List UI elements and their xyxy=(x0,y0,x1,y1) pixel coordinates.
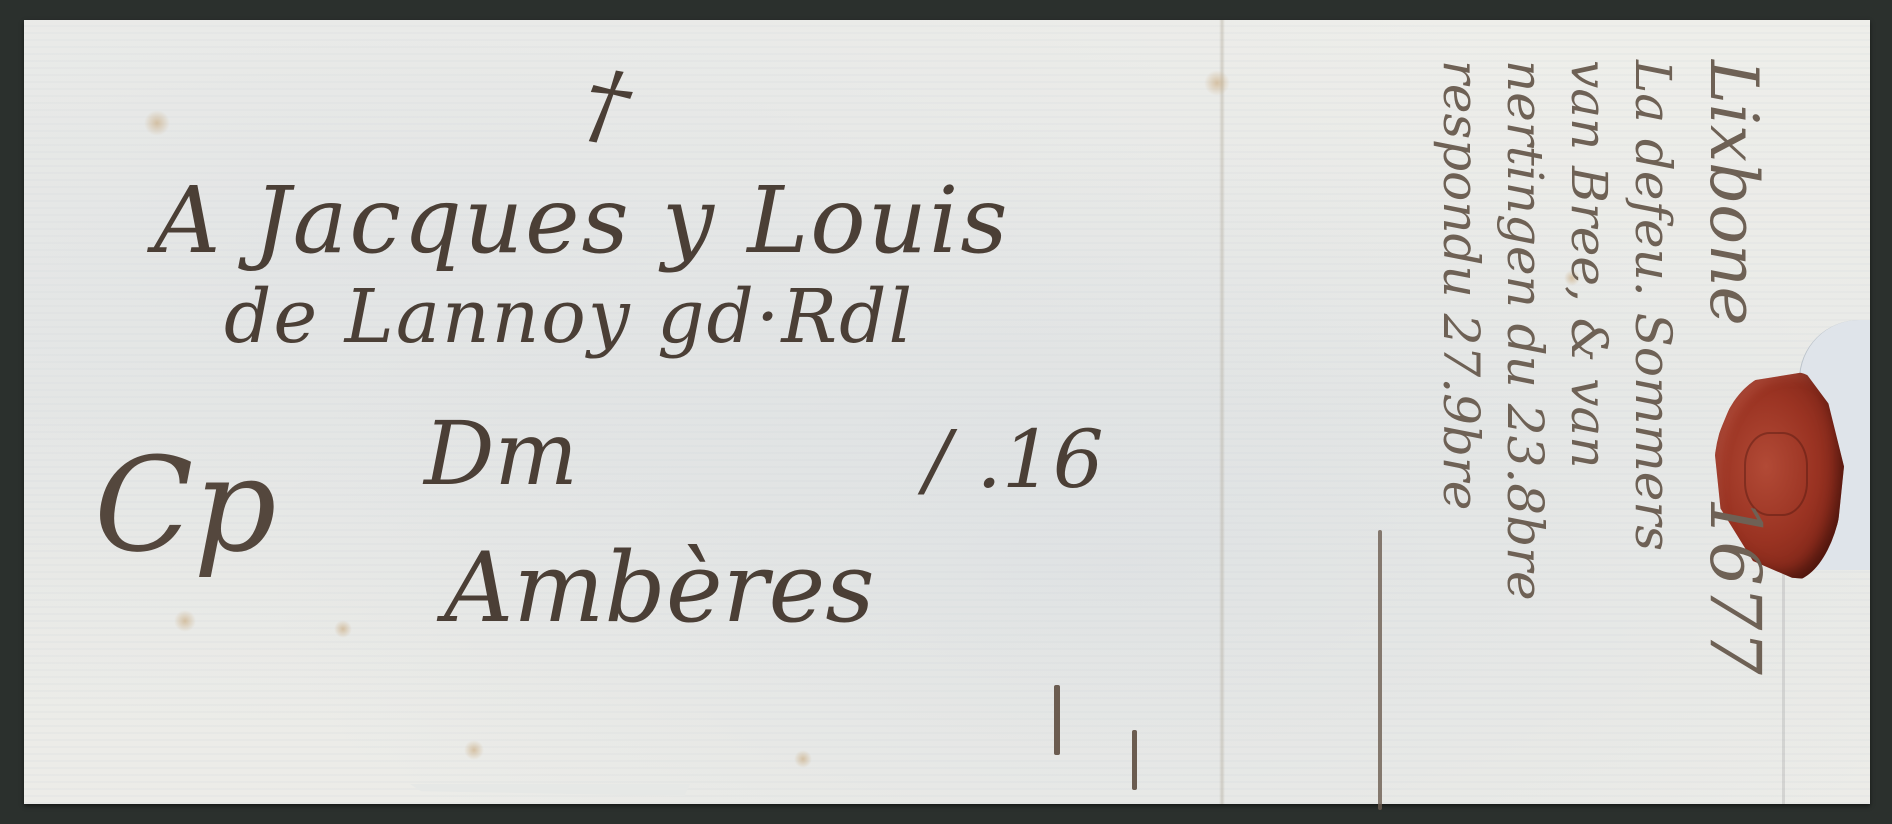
postal-rate-mark: / .16 xyxy=(924,420,1104,500)
address-line-addressee: A Jacques y Louis xyxy=(154,175,1010,267)
address-line-destination: Ambères xyxy=(444,540,875,636)
docket-rule-mark xyxy=(1054,685,1060,755)
docket-answered-line: respondu 27.9bre xyxy=(1436,60,1486,760)
docket-underline xyxy=(1378,530,1382,810)
docket-origin: Lixbone xyxy=(1695,60,1772,326)
foxing-spot xyxy=(1204,70,1230,96)
cross-mark: † xyxy=(577,57,637,153)
center-fold-line xyxy=(1219,20,1225,804)
foxing-spot xyxy=(144,110,170,136)
foxing-spot xyxy=(174,610,196,632)
docket-endorsement: Lixbone 1677 La defeu. Sommers van Bree,… xyxy=(1436,60,1770,760)
foxing-spot xyxy=(334,620,352,638)
franco-mark: Cp xyxy=(94,440,277,570)
docket-sender-line-2: van Bree, & van xyxy=(1564,60,1614,760)
docket-rule-mark xyxy=(1132,730,1137,790)
docket-year: 1677 xyxy=(1694,497,1776,675)
foxing-spot xyxy=(464,740,484,760)
foxing-spot xyxy=(794,750,812,768)
docket-sender-line-1: La defeu. Sommers xyxy=(1628,60,1678,760)
docket-sender-line-3: nertingen du 23.8bre xyxy=(1500,60,1550,760)
address-line-honorific: Dm xyxy=(424,410,578,498)
address-line-surname: de Lannoy gd·Rdl xyxy=(224,280,914,354)
docket-origin-line: Lixbone 1677 xyxy=(1700,60,1770,760)
